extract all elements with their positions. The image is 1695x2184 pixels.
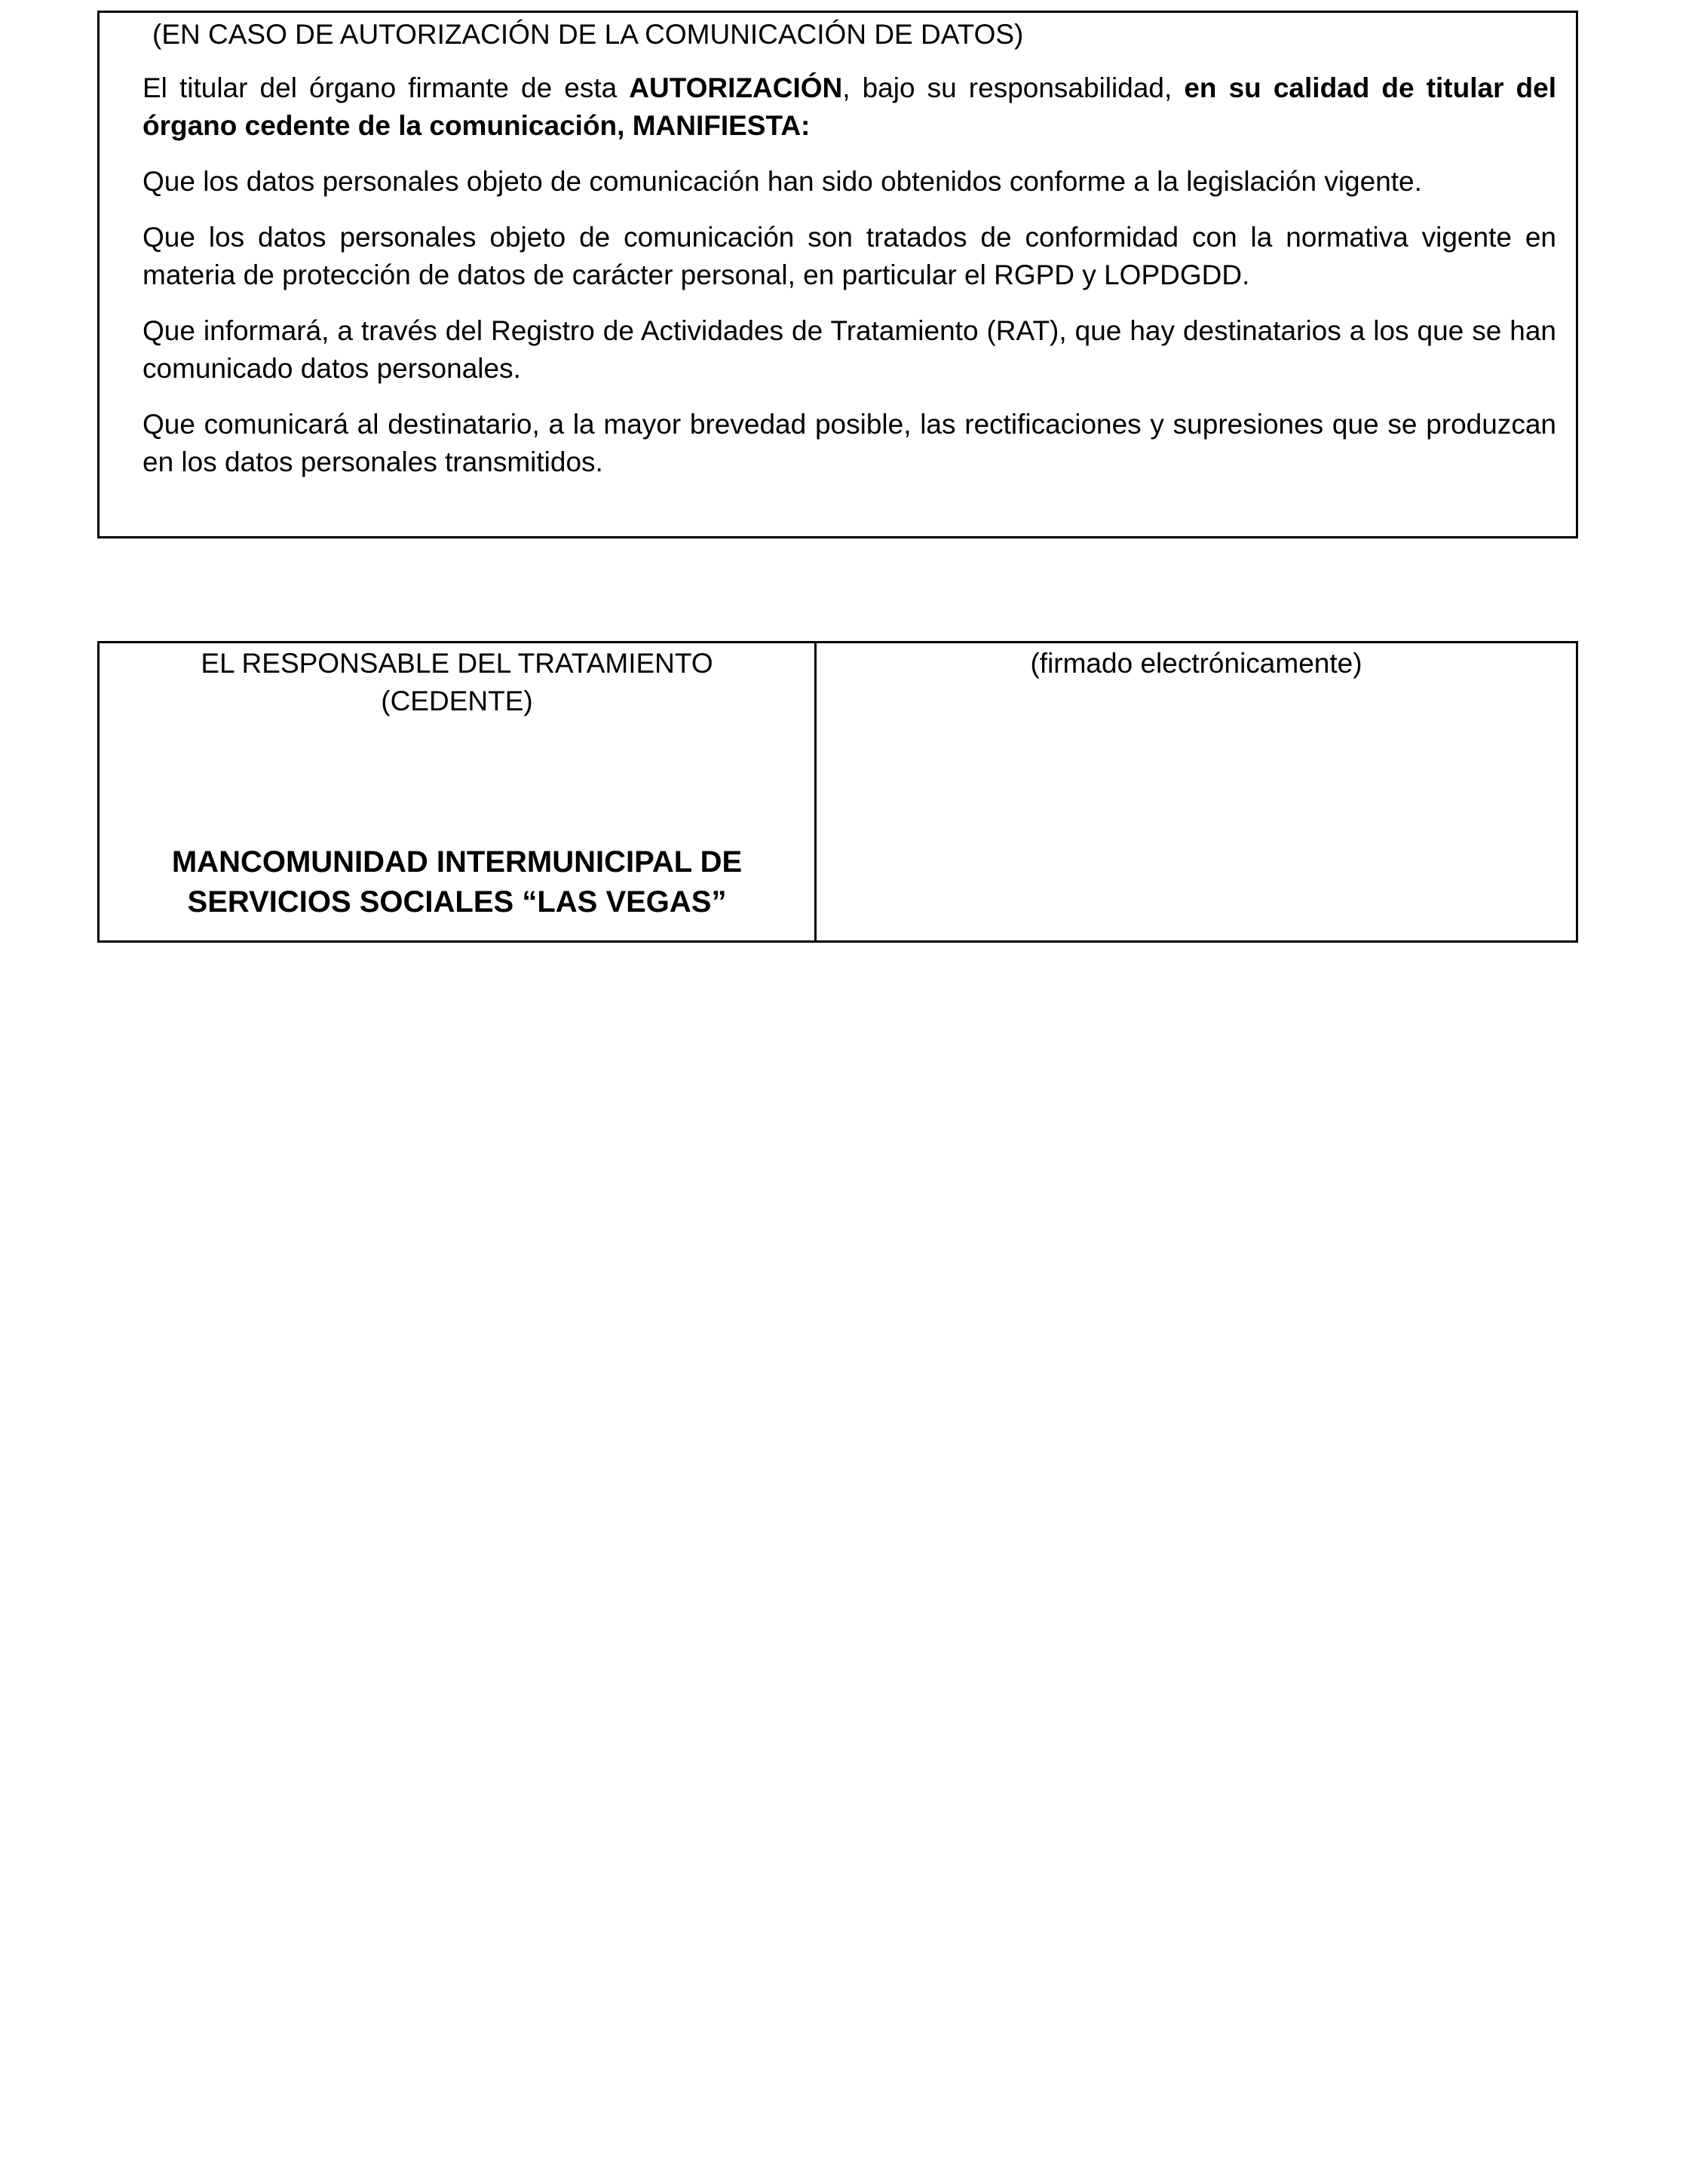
signature-cell: (firmado electrónicamente): [817, 643, 1576, 940]
declaration-heading: (EN CASO DE AUTORIZACIÓN DE LA COMUNICAC…: [152, 16, 1023, 54]
statement-paragraph: Que informará, a través del Registro de …: [143, 312, 1556, 388]
statement-paragraph: Que los datos personales objeto de comun…: [143, 163, 1556, 201]
declaration-paragraphs: El titular del órgano firmante de esta A…: [143, 69, 1556, 499]
statement-paragraph: Que comunicará al destinatario, a la may…: [143, 406, 1556, 481]
intro-bold-authorization: AUTORIZACIÓN: [629, 72, 842, 103]
intro-paragraph: El titular del órgano firmante de esta A…: [143, 69, 1556, 145]
statement-paragraph: Que los datos personales objeto de comun…: [143, 219, 1556, 294]
signatory-role-line-1: EL RESPONSABLE DEL TRATAMIENTO: [100, 645, 814, 682]
intro-text-1: El titular del órgano firmante de esta: [143, 72, 629, 103]
signatory-role: EL RESPONSABLE DEL TRATAMIENTO (CEDENTE): [100, 645, 814, 720]
signatory-cell: EL RESPONSABLE DEL TRATAMIENTO (CEDENTE)…: [100, 643, 817, 940]
signatory-role-line-2: (CEDENTE): [100, 682, 814, 720]
organization-line-2: SERVICIOS SOCIALES “LAS VEGAS”: [100, 882, 814, 922]
intro-text-2: , bajo su responsabilidad,: [842, 72, 1184, 103]
signature-table: EL RESPONSABLE DEL TRATAMIENTO (CEDENTE)…: [97, 641, 1578, 943]
declaration-box: (EN CASO DE AUTORIZACIÓN DE LA COMUNICAC…: [97, 11, 1578, 538]
organization-line-1: MANCOMUNIDAD INTERMUNICIPAL DE: [100, 842, 814, 882]
signatory-organization: MANCOMUNIDAD INTERMUNICIPAL DE SERVICIOS…: [100, 842, 814, 922]
electronic-signature-note: (firmado electrónicamente): [817, 645, 1576, 682]
